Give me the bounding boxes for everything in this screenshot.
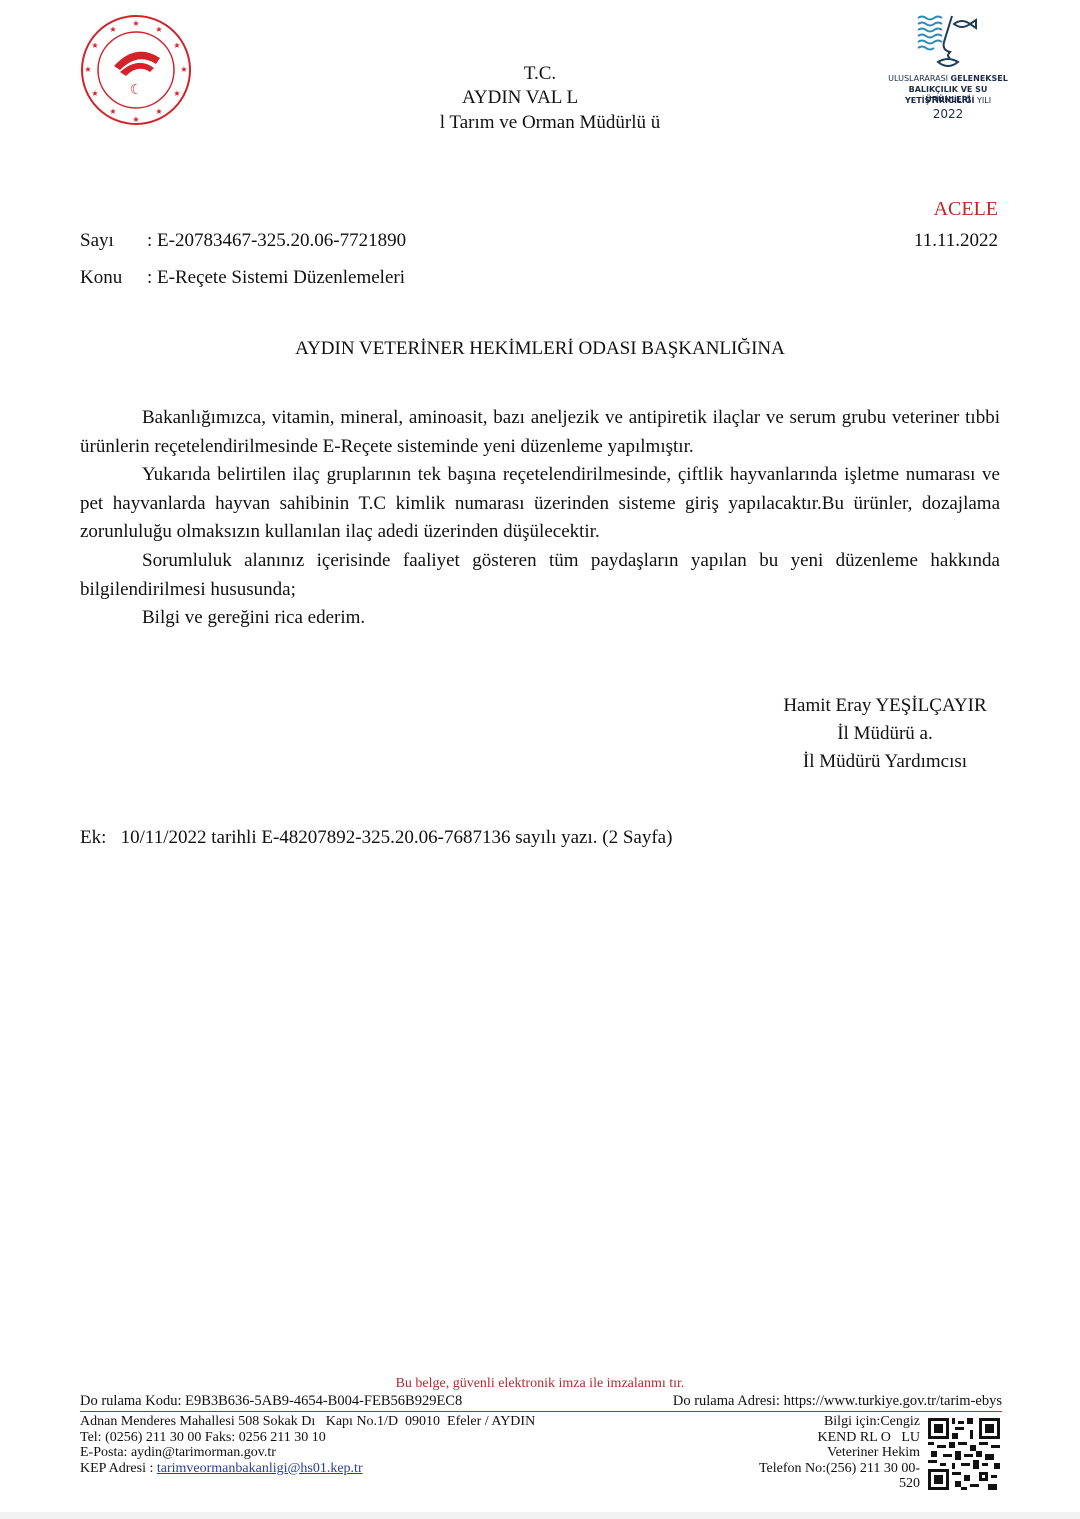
- svg-text:★: ★: [155, 25, 162, 34]
- logo-text-line1-thin: ULUSLARARASI: [888, 74, 948, 83]
- contact-line: Veteriner Hekim: [700, 1445, 920, 1461]
- body-paragraph: Bilgi ve gereğini rica ederim.: [80, 604, 1000, 633]
- svg-text:★: ★: [84, 65, 91, 74]
- contact-line: Telefon No:(256) 211 30 00-: [700, 1461, 920, 1477]
- konu-value: : E-Reçete Sistemi Düzenlemeleri: [147, 267, 405, 289]
- kep-label: KEP Adresi :: [80, 1461, 157, 1476]
- signatory-title: İl Müdürü a.: [760, 720, 1010, 748]
- logo-text-line3-thin: YILI: [977, 96, 991, 105]
- header-tc: T.C.: [440, 62, 640, 86]
- sayi-label: Sayı: [80, 230, 114, 252]
- svg-text:★: ★: [91, 41, 98, 50]
- body-paragraph: Sorumluluk alanınız içerisinde faaliyet …: [80, 547, 1000, 604]
- svg-text:★: ★: [180, 65, 187, 74]
- svg-text:★: ★: [132, 115, 139, 124]
- fisheries-year-logo-icon: [888, 12, 1008, 72]
- body-paragraph: Yukarıda belirtilen ilaç gruplarının tek…: [80, 461, 1000, 547]
- contact-line: 520: [700, 1476, 920, 1492]
- logo-year: 2022: [888, 107, 1008, 121]
- signature-block: Hamit Eray YEŞİLÇAYIR İl Müdürü a. İl Mü…: [760, 692, 1010, 776]
- svg-text:☾: ☾: [130, 82, 143, 98]
- letter-body: Bakanlığımızca, vitamin, mineral, aminoa…: [80, 404, 1000, 633]
- fisheries-year-logo: ULUSLARARASI GELENEKSEL BALIKÇILIK VE SU…: [888, 12, 1008, 124]
- signatory-name: Hamit Eray YEŞİLÇAYIR: [760, 692, 1010, 720]
- page-bottom-edge: [0, 1512, 1080, 1519]
- svg-text:★: ★: [173, 41, 180, 50]
- sayi-value: : E-20783467-325.20.06-7721890: [147, 230, 406, 252]
- verification-code: Do rulama Kodu: E9B3B636-5AB9-4654-B004-…: [80, 1393, 462, 1410]
- svg-text:★: ★: [109, 25, 116, 34]
- addressee: AYDIN VETERİNER HEKİMLERİ ODASI BAŞKANLI…: [0, 338, 1080, 360]
- ministry-seal-icon: ★ ★ ★ ★ ★ ★ ★ ★ ★ ★ ★ ★ ☾: [80, 14, 192, 126]
- footer-kep: KEP Adresi : tarimveormanbakanligi@hs01.…: [80, 1461, 535, 1477]
- logo-text-line1-bold: GELENEKSEL: [951, 74, 1008, 83]
- qr-code-icon: [928, 1418, 1000, 1490]
- footer-divider: [80, 1411, 1002, 1412]
- contact-line: Bilgi için:Cengiz: [700, 1414, 920, 1430]
- footer-phone: Tel: (0256) 211 30 00 Faks: 0256 211 30 …: [80, 1430, 535, 1446]
- header-directorate: l Tarım ve Orman Müdürlü ü: [400, 111, 700, 135]
- kep-link[interactable]: tarimveormanbakanligi@hs01.kep.tr: [157, 1461, 363, 1476]
- contact-line: KEND RL O LU: [700, 1430, 920, 1446]
- esign-notice: Bu belge, güvenli elektronik imza ile im…: [0, 1376, 1080, 1392]
- footer-info-contact: Bilgi için:Cengiz KEND RL O LU Veteriner…: [700, 1414, 920, 1492]
- document-date: 11.11.2022: [860, 230, 998, 252]
- logo-text-line3-bold: YETİŞTİRİCİLİĞİ: [905, 96, 975, 105]
- verification-address[interactable]: Do rulama Adresi: https://www.turkiye.go…: [620, 1393, 1002, 1410]
- svg-text:★: ★: [91, 89, 98, 98]
- priority-label: ACELE: [900, 198, 998, 221]
- svg-text:★: ★: [155, 107, 162, 116]
- svg-text:★: ★: [132, 19, 139, 28]
- signatory-subtitle: İl Müdürü Yardımcısı: [760, 748, 1010, 776]
- footer-address: Adnan Menderes Mahallesi 508 Sokak Dı Ka…: [80, 1414, 535, 1430]
- body-paragraph: Bakanlığımızca, vitamin, mineral, aminoa…: [80, 404, 1000, 461]
- svg-text:★: ★: [173, 89, 180, 98]
- konu-label: Konu: [80, 267, 122, 289]
- footer-contact-info: Adnan Menderes Mahallesi 508 Sokak Dı Ka…: [80, 1414, 535, 1476]
- footer-email: E-Posta: aydin@tarimorman.gov.tr: [80, 1445, 535, 1461]
- svg-text:★: ★: [109, 107, 116, 116]
- header-governorship: AYDIN VAL L: [420, 86, 620, 110]
- attachment-line: Ek: 10/11/2022 tarihli E-48207892-325.20…: [80, 827, 672, 849]
